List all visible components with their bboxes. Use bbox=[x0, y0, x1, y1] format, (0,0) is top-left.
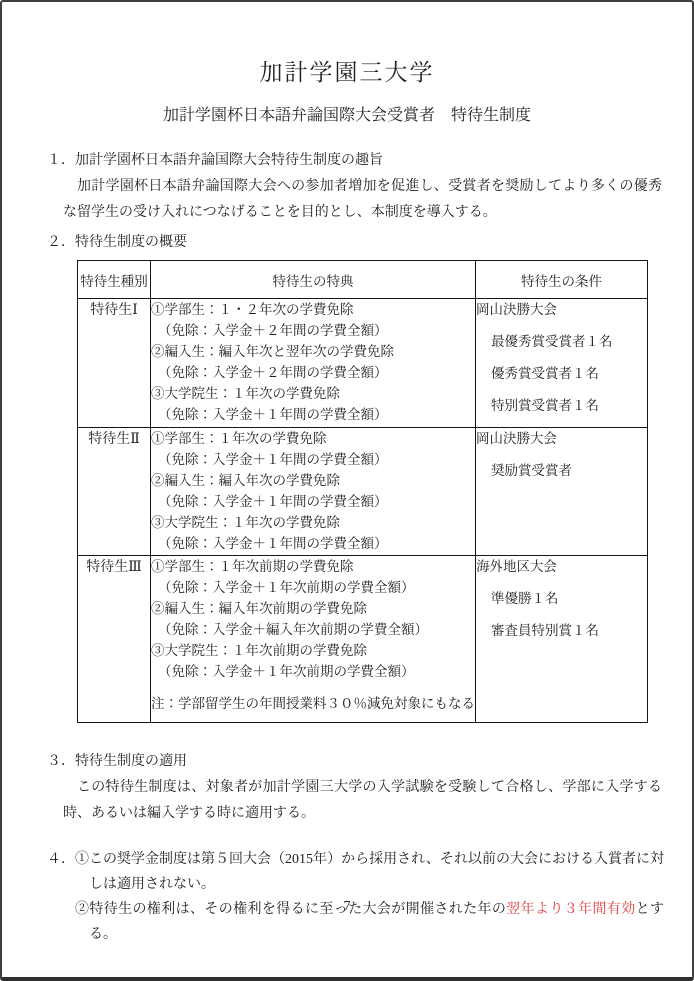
benefit-line: （免除：入学金＋編入年次前期の学費全額） bbox=[158, 619, 475, 640]
condition-line: 審査員特別賞１名 bbox=[491, 620, 647, 641]
page-number: 7 bbox=[2, 899, 692, 915]
benefit-line: （免除：入学金＋１年間の学費全額） bbox=[158, 491, 475, 512]
benefit-line: ②編入生：編入年次と翌年次の学費免除 bbox=[151, 341, 475, 362]
section-4: ４． ①この奨学金制度は第５回大会（2015年）から採用され、それ以前の大会にお… bbox=[47, 847, 664, 947]
note-line: 注：学部留学生の年間授業料３０％減免対象にもなる bbox=[151, 693, 475, 714]
student-type-2: 特待生Ⅱ bbox=[78, 428, 151, 556]
condition-line: 優秀賞受賞者１名 bbox=[491, 363, 647, 384]
document-page: 加計学園三大学 加計学園杯日本語弁論国際大会受賞者 特待生制度 １．加計学園杯日… bbox=[0, 0, 694, 981]
section1-heading: １．加計学園杯日本語弁論国際大会特待生制度の趣旨 bbox=[47, 150, 662, 172]
condition-line: 岡山決勝大会 bbox=[476, 428, 647, 449]
benefit-line: ②編入生：編入年次前期の学費免除 bbox=[151, 598, 475, 619]
section2-heading: ２．特待生制度の概要 bbox=[47, 232, 662, 254]
section3-heading: ３．特待生制度の適用 bbox=[47, 751, 662, 773]
table-row: 特待生Ⅲ ①学部生：１年次前期の学費免除 （免除：入学金＋１年次前期の学費全額）… bbox=[78, 556, 648, 723]
benefit-line: ①学部生：１年次前期の学費免除 bbox=[151, 556, 475, 577]
column-header-type: 特待生種別 bbox=[78, 261, 151, 299]
table-row: 特待生Ⅱ ①学部生：１年次の学費免除 （免除：入学金＋１年間の学費全額） ②編入… bbox=[78, 428, 648, 556]
benefit-line: （免除：入学金＋１年次前期の学費全額） bbox=[158, 577, 475, 598]
table-header-row: 特待生種別 特待生の特典 特待生の条件 bbox=[78, 261, 648, 299]
benefit-line: ③大学院生：１年次の学費免除 bbox=[151, 383, 475, 404]
benefit-line: （免除：入学金＋１年次前期の学費全額） bbox=[158, 661, 475, 682]
conditions-cell-1: 岡山決勝大会 最優秀賞受賞者１名 優秀賞受賞者１名 特別賞受賞者１名 bbox=[476, 299, 648, 428]
benefit-line: （免除：入学金＋１年間の学費全額） bbox=[158, 533, 475, 554]
benefit-line: ①学部生：１年次の学費免除 bbox=[151, 428, 475, 449]
student-type-1: 特待生Ⅰ bbox=[78, 299, 151, 428]
section4-number: ４． bbox=[47, 847, 75, 872]
conditions-cell-2: 岡山決勝大会 奨励賞受賞者 bbox=[476, 428, 648, 556]
benefit-line: ③大学院生：１年次前期の学費免除 bbox=[151, 640, 475, 661]
condition-line: 岡山決勝大会 bbox=[476, 299, 647, 320]
benefit-line: （免除：入学金＋１年間の学費全額） bbox=[158, 404, 475, 425]
condition-line: 海外地区大会 bbox=[476, 556, 647, 577]
benefit-line: ①学部生：１・２年次の学費免除 bbox=[151, 299, 475, 320]
benefit-line: （免除：入学金＋１年間の学費全額） bbox=[158, 449, 475, 470]
benefit-line: （免除：入学金＋２年間の学費全額） bbox=[158, 320, 475, 341]
benefit-line: （免除：入学金＋２年間の学費全額） bbox=[158, 362, 475, 383]
condition-line: 準優勝１名 bbox=[491, 588, 647, 609]
column-header-benefits: 特待生の特典 bbox=[151, 261, 476, 299]
condition-line: 奨励賞受賞者 bbox=[491, 460, 647, 481]
column-header-conditions: 特待生の条件 bbox=[476, 261, 648, 299]
page-title: 加計学園三大学 bbox=[2, 56, 692, 90]
benefits-cell-1: ①学部生：１・２年次の学費免除 （免除：入学金＋２年間の学費全額） ②編入生：編… bbox=[151, 299, 476, 428]
section3-body: この特待生制度は、対象者が加計学園三大学の入学試験を受験して合格し、学部に入学す… bbox=[63, 775, 662, 827]
scholarship-table: 特待生種別 特待生の特典 特待生の条件 特待生Ⅰ ①学部生：１・２年次の学費免除… bbox=[77, 260, 648, 723]
table-row: 特待生Ⅰ ①学部生：１・２年次の学費免除 （免除：入学金＋２年間の学費全額） ②… bbox=[78, 299, 648, 428]
condition-line: 最優秀賞受賞者１名 bbox=[491, 331, 647, 352]
student-type-3: 特待生Ⅲ bbox=[78, 556, 151, 723]
condition-line: 特別賞受賞者１名 bbox=[491, 395, 647, 416]
section-2: ２．特待生制度の概要 特待生種別 特待生の特典 特待生の条件 特待生Ⅰ ①学部生… bbox=[2, 232, 692, 723]
conditions-cell-3: 海外地区大会 準優勝１名 審査員特別賞１名 bbox=[476, 556, 648, 723]
benefit-line: ③大学院生：１年次の学費免除 bbox=[151, 512, 475, 533]
benefits-cell-2: ①学部生：１年次の学費免除 （免除：入学金＋１年間の学費全額） ②編入生：編入年… bbox=[151, 428, 476, 556]
section4-item-1: ①この奨学金制度は第５回大会（2015年）から採用され、それ以前の大会における入… bbox=[75, 847, 664, 897]
benefits-cell-3: ①学部生：１年次前期の学費免除 （免除：入学金＋１年次前期の学費全額） ②編入生… bbox=[151, 556, 476, 723]
section-1: １．加計学園杯日本語弁論国際大会特待生制度の趣旨 加計学園杯日本語弁論国際大会へ… bbox=[2, 150, 692, 226]
page-subtitle: 加計学園杯日本語弁論国際大会受賞者 特待生制度 bbox=[2, 104, 692, 128]
section-3: ３．特待生制度の適用 この特待生制度は、対象者が加計学園三大学の入学試験を受験し… bbox=[2, 751, 692, 827]
benefit-line: ②編入生：編入年次の学費免除 bbox=[151, 470, 475, 491]
section1-body: 加計学園杯日本語弁論国際大会への参加者増加を促進し、受賞者を奨励してより多くの優… bbox=[63, 174, 662, 226]
